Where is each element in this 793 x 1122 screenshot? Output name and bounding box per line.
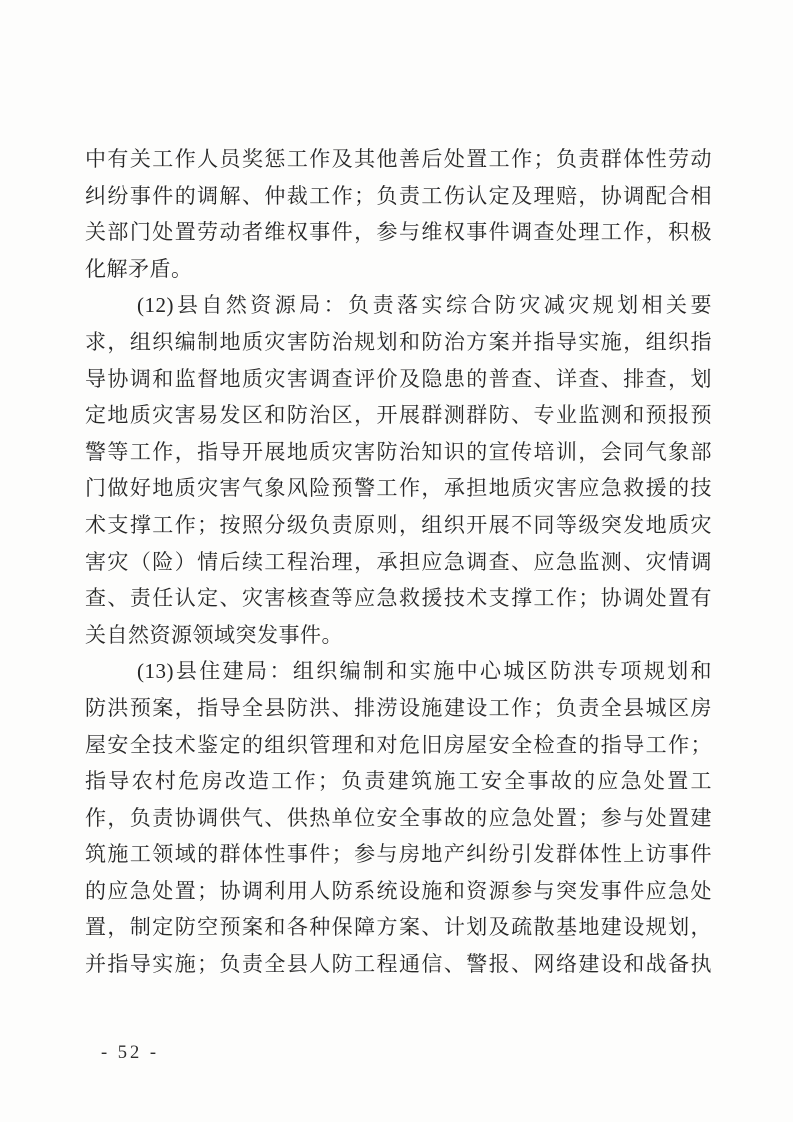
text-line: (12)县自然资源局：负责落实综合防灾减灾规划相关要 xyxy=(85,287,712,324)
text-line: (13)县住建局：组织编制和实施中心城区防洪专项规划和 xyxy=(85,653,712,690)
text-line: 害灾（险）情后续工程治理，承担应急调查、应急监测、灾情调 xyxy=(85,544,712,581)
text-line: 屋安全技术鉴定的组织管理和对危旧房屋安全检查的指导工作； xyxy=(85,727,712,764)
text-line: 置，制定防空预案和各种保障方案、计划及疏散基地建设规划， xyxy=(85,909,712,946)
paragraph: 中有关工作人员奖惩工作及其他善后处置工作；负责群体性劳动纠纷事件的调解、仲裁工作… xyxy=(85,141,712,287)
text-line: 术支撑工作；按照分级负责原则，组织开展不同等级突发地质灾 xyxy=(85,507,712,544)
paragraph: (13)县住建局：组织编制和实施中心城区防洪专项规划和防洪预案，指导全县防洪、排… xyxy=(85,653,712,982)
text-line: 定地质灾害易发区和防治区，开展群测群防、专业监测和预报预 xyxy=(85,397,712,434)
page-number: - 52 - xyxy=(101,1043,159,1063)
text-line: 关部门处置劳动者维权事件，参与维权事件调查处理工作，积极 xyxy=(85,214,712,251)
text-line: 警等工作，指导开展地质灾害防治知识的宣传培训，会同气象部 xyxy=(85,434,712,471)
paragraph: (12)县自然资源局：负责落实综合防灾减灾规划相关要求，组织编制地质灾害防治规划… xyxy=(85,287,712,653)
text-line: 导协调和监督地质灾害调查评价及隐患的普查、详查、排查，划 xyxy=(85,361,712,398)
text-line: 纠纷事件的调解、仲裁工作；负责工伤认定及理赔，协调配合相 xyxy=(85,178,712,215)
document-body: 中有关工作人员奖惩工作及其他善后处置工作；负责群体性劳动纠纷事件的调解、仲裁工作… xyxy=(85,141,712,983)
text-line: 求，组织编制地质灾害防治规划和防治方案并指导实施，组织指 xyxy=(85,324,712,361)
text-line: 化解矛盾。 xyxy=(85,251,712,288)
page-footer: - 52 - xyxy=(101,1043,159,1064)
text-line: 查、责任认定、灾害核查等应急救援技术支撑工作；协调处置有 xyxy=(85,580,712,617)
text-line: 作，负责协调供气、供热单位安全事故的应急处置；参与处置建 xyxy=(85,800,712,837)
text-line: 防洪预案，指导全县防洪、排涝设施建设工作；负责全县城区房 xyxy=(85,690,712,727)
text-line: 指导农村危房改造工作；负责建筑施工安全事故的应急处置工 xyxy=(85,763,712,800)
text-line: 门做好地质灾害气象风险预警工作，承担地质灾害应急救援的技 xyxy=(85,470,712,507)
text-line: 的应急处置；协调利用人防系统设施和资源参与突发事件应急处 xyxy=(85,873,712,910)
document-page: 中有关工作人员奖惩工作及其他善后处置工作；负责群体性劳动纠纷事件的调解、仲裁工作… xyxy=(0,0,793,1122)
text-line: 中有关工作人员奖惩工作及其他善后处置工作；负责群体性劳动 xyxy=(85,141,712,178)
text-line: 关自然资源领域突发事件。 xyxy=(85,617,712,654)
text-line: 筑施工领域的群体性事件；参与房地产纠纷引发群体性上访事件 xyxy=(85,836,712,873)
text-line: 并指导实施；负责全县人防工程通信、警报、网络建设和战备执 xyxy=(85,946,712,983)
